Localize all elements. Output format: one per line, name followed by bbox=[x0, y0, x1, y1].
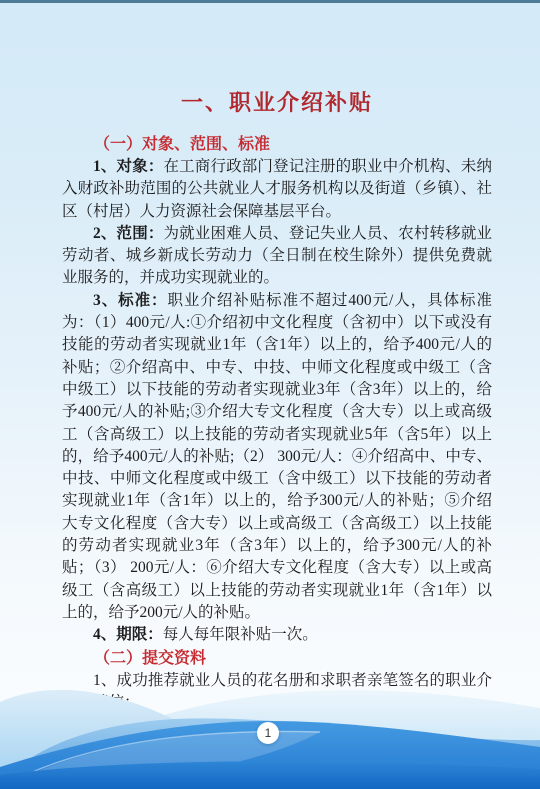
top-edge-strip bbox=[0, 0, 540, 3]
section-heading-1: （一）对象、范围、标准 bbox=[62, 133, 492, 156]
paragraph-text: 每人每年限补贴一次。 bbox=[163, 626, 318, 643]
paragraph-text: 职业介绍补贴标准不超过400元/人，具体标准为：（1）400元/人:①介绍初中文… bbox=[62, 292, 492, 621]
paragraph-label: 3、标准： bbox=[93, 292, 167, 309]
page-content: 一、职业介绍补贴 （一）对象、范围、标准 1、对象：在工商行政部门登记注册的职业… bbox=[62, 86, 492, 714]
paragraph-label: 2、范围： bbox=[93, 225, 164, 242]
paragraph-object: 1、对象：在工商行政部门登记注册的职业中介机构、未纳入财政补助范围的公共就业人才… bbox=[62, 156, 492, 223]
paragraph-label: 4、期限： bbox=[93, 626, 163, 643]
page-number-badge: 1 bbox=[257, 722, 279, 744]
paragraph-scope: 2、范围：为就业困难人员、登记失业人员、农村转移就业劳动者、城乡新成长劳动力（全… bbox=[62, 223, 492, 290]
paragraph-term: 4、期限：每人每年限补贴一次。 bbox=[62, 624, 492, 646]
page-title: 一、职业介绍补贴 bbox=[62, 86, 492, 117]
document-page: 一、职业介绍补贴 （一）对象、范围、标准 1、对象：在工商行政部门登记注册的职业… bbox=[0, 0, 540, 789]
paragraph-standard: 3、标准：职业介绍补贴标准不超过400元/人，具体标准为：（1）400元/人:①… bbox=[62, 290, 492, 624]
paragraph-label: 1、对象： bbox=[93, 158, 164, 175]
section-heading-2: （二）提交资料 bbox=[62, 647, 492, 670]
